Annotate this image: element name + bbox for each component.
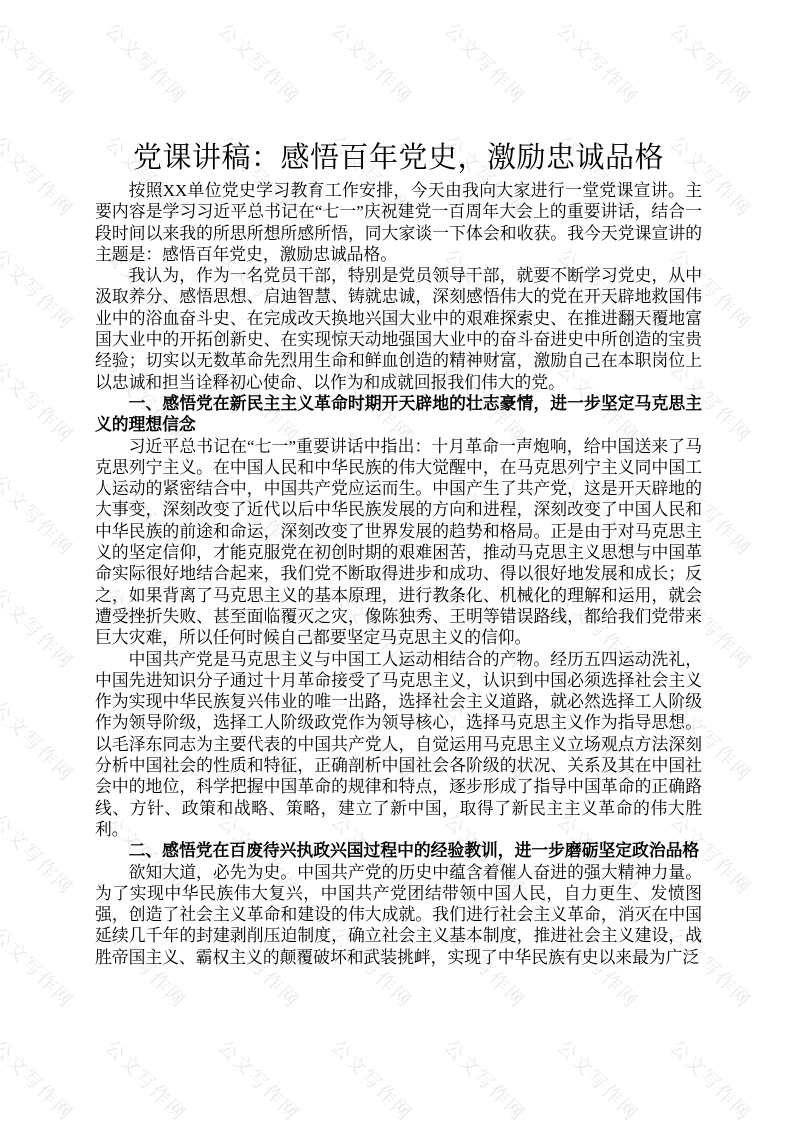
watermark-text: 公文写作网 (213, 1033, 306, 1122)
section-heading-2: 二、感悟党在百废待兴执政兴国过程中的经验教训，进一步磨砺坚定政治品格 (95, 840, 702, 861)
paragraph-overview: 我认为，作为一名党员干部，特别是党员领导干部，就要不断学习党史，从中汲取养分、感… (95, 265, 702, 393)
watermark-text: 公文写作网 (0, 468, 80, 561)
document-page: 公文写作网公文写作网公文写作网公文写作网公文写作网公文写作网公文写作网公文写作网… (0, 0, 793, 1122)
paragraph-section1-b: 中国共产党是马克思主义与中国工人运动相结合的产物。经历五四运动洗礼，中国先进知识… (95, 649, 702, 841)
watermark-text: 公文写作网 (0, 242, 80, 335)
document-content: 党课讲稿：感悟百年党史，激励忠诚品格 按照XX单位党史学习教育工作安排，今天由我… (95, 136, 702, 968)
watermark-text: 公文写作网 (213, 16, 306, 109)
paragraph-section1-a: 习近平总书记在“七一”重要讲话中指出：十月革命一声炮响，给中国送来了马克思列宁主… (95, 436, 702, 649)
watermark-text: 公文写作网 (552, 1033, 645, 1122)
watermark-text: 公文写作网 (100, 16, 193, 109)
watermark-text: 公文写作网 (0, 694, 80, 787)
watermark-text: 公文写作网 (665, 16, 758, 109)
watermark-text: 公文写作网 (439, 16, 532, 109)
watermark-text: 公文写作网 (0, 920, 80, 1013)
watermark-text: 公文写作网 (0, 16, 80, 109)
document-title: 党课讲稿：感悟百年党史，激励忠诚品格 (95, 136, 702, 180)
watermark-text: 公文写作网 (326, 16, 419, 109)
watermark-text: 公文写作网 (326, 1033, 419, 1122)
watermark-text: 公文写作网 (0, 129, 80, 222)
watermark-text: 公文写作网 (439, 1033, 532, 1122)
paragraph-intro: 按照XX单位党史学习教育工作安排，今天由我向大家进行一堂党课宣讲。主要内容是学习… (95, 180, 702, 265)
watermark-text: 公文写作网 (665, 1033, 758, 1122)
watermark-text: 公文写作网 (552, 16, 645, 109)
watermark-text: 公文写作网 (0, 807, 80, 900)
watermark-text: 公文写作网 (100, 1033, 193, 1122)
watermark-text: 公文写作网 (0, 1033, 80, 1122)
watermark-text: 公文写作网 (0, 355, 80, 448)
section-heading-1: 一、感悟党在新民主主义革命时期开天辟地的壮志豪情，进一步坚定马克思主义的理想信念 (95, 393, 702, 436)
watermark-text: 公文写作网 (0, 581, 80, 674)
paragraph-section2-a: 欲知大道，必先为史。中国共产党的历史中蕴含着催人奋进的强大精神力量。为了实现中华… (95, 862, 702, 968)
